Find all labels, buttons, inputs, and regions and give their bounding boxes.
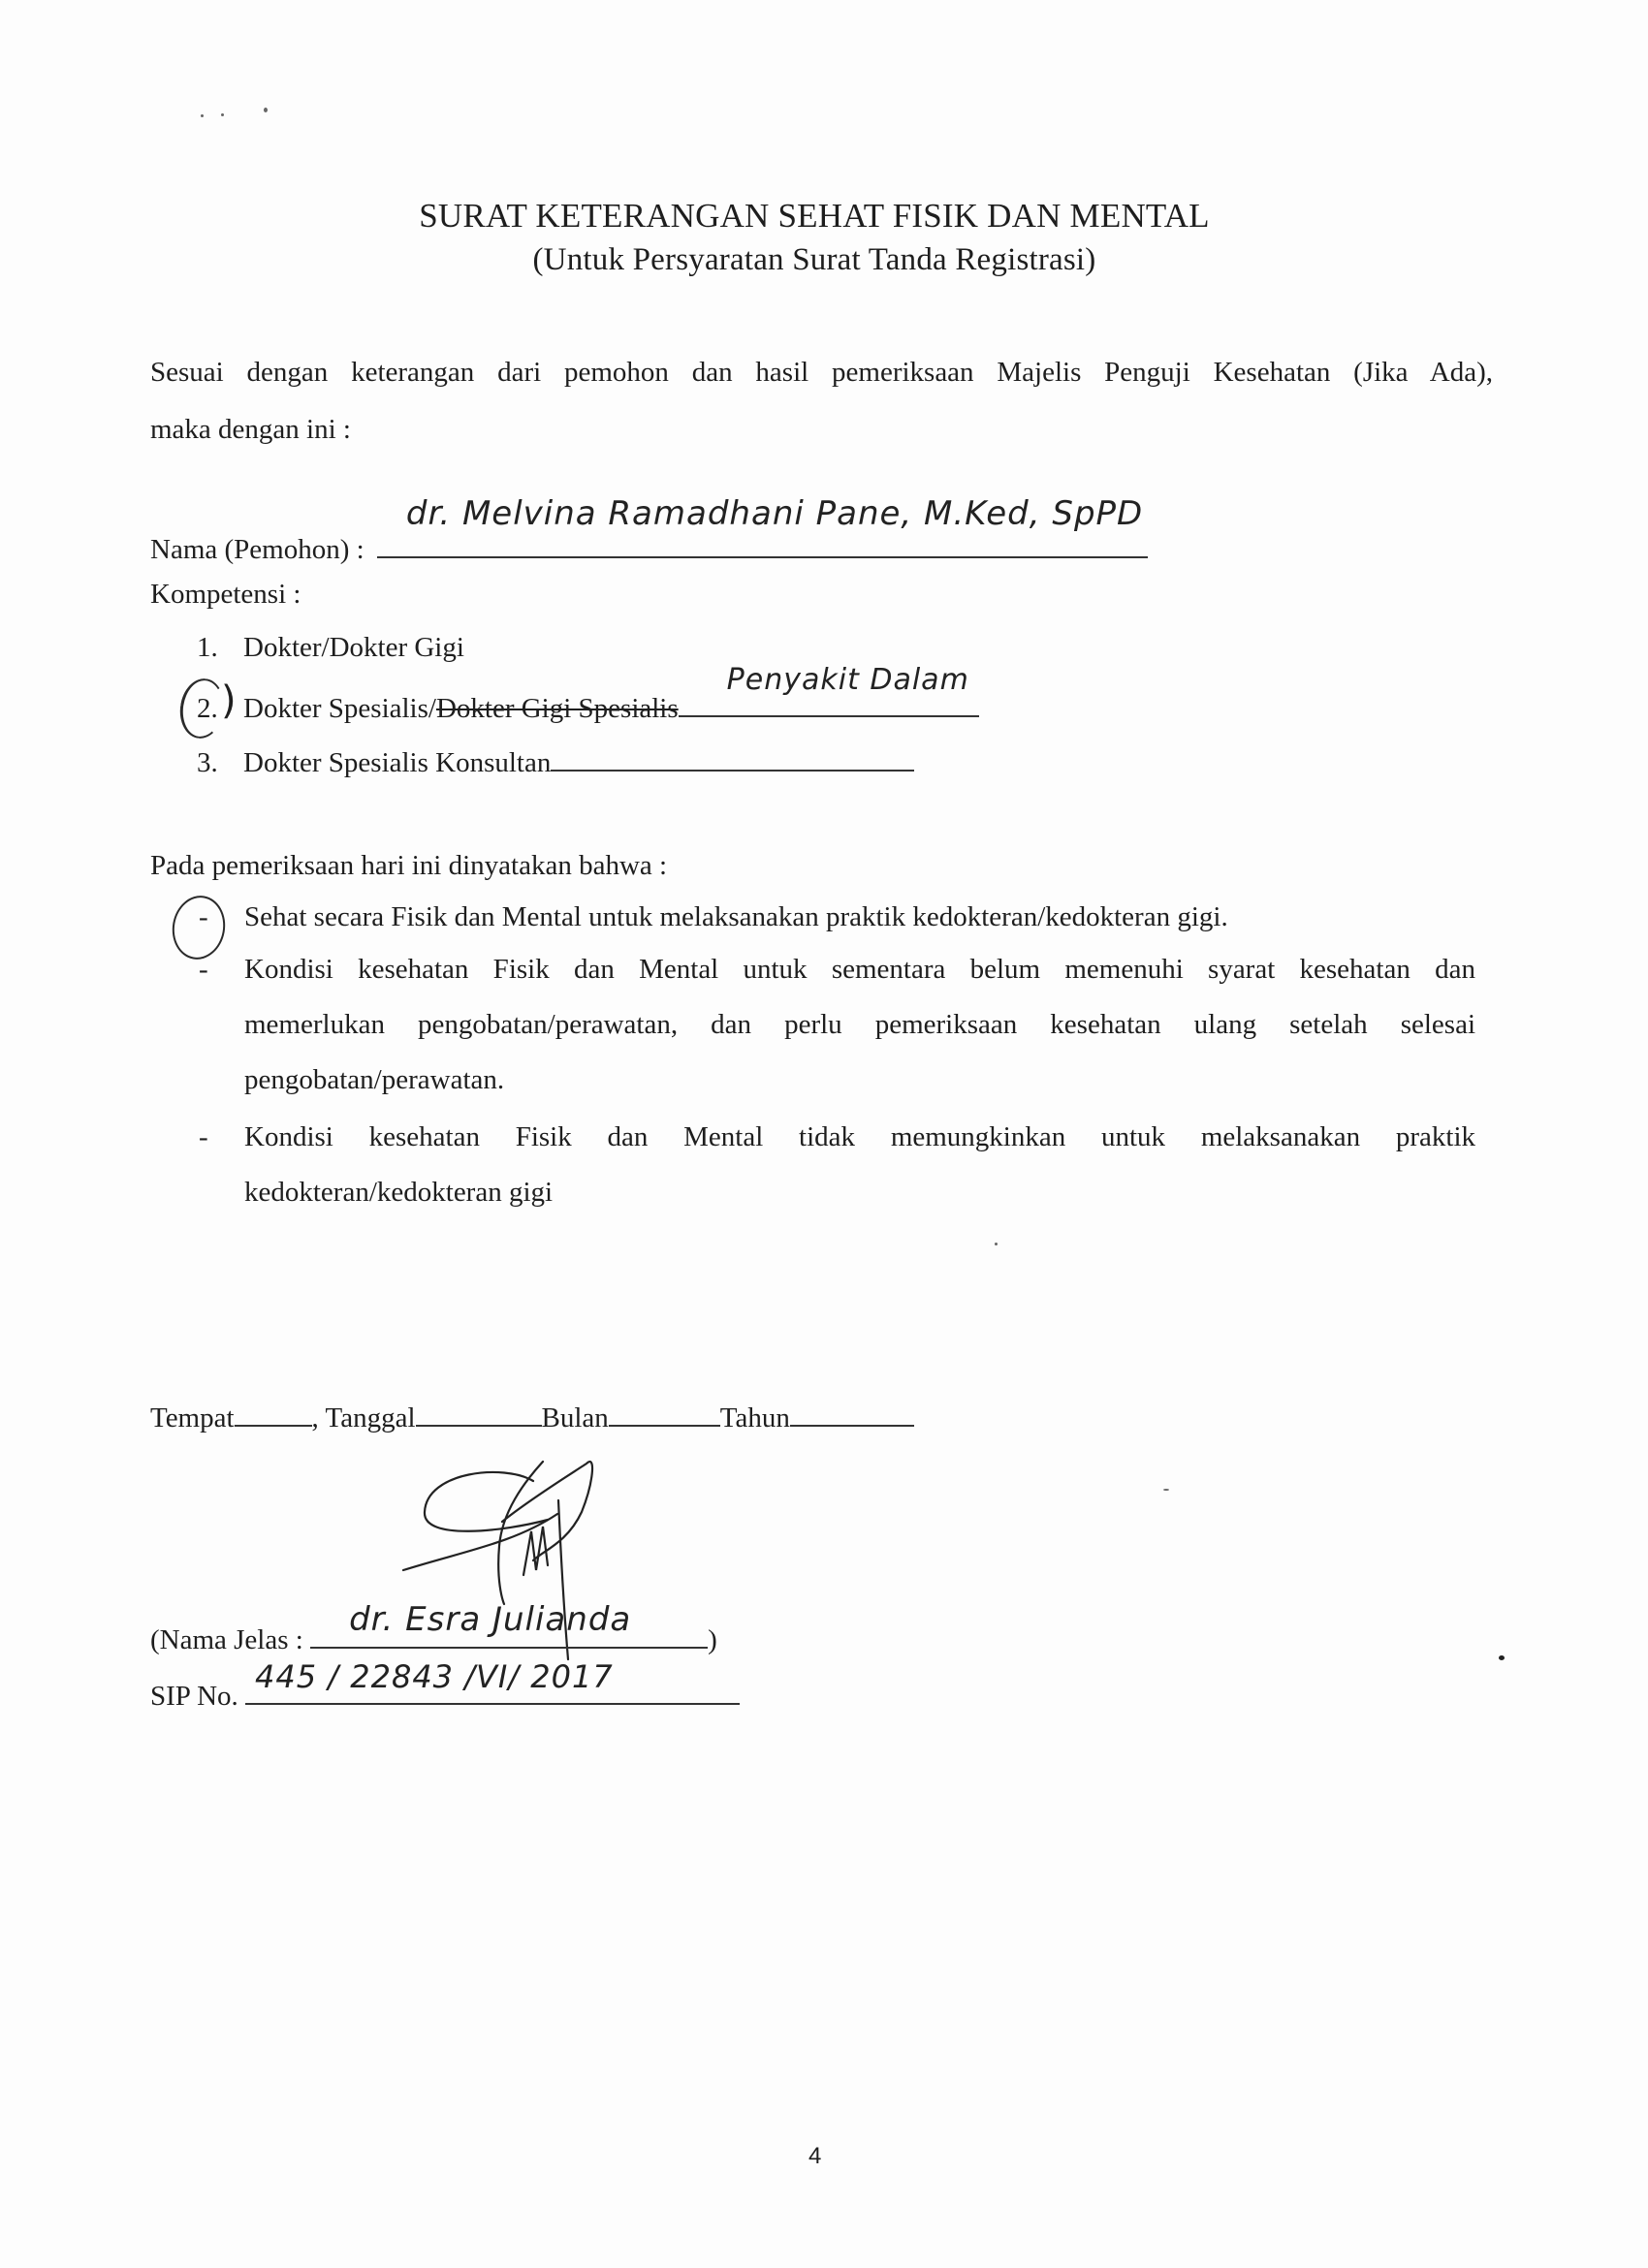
exam-option-3[interactable]: Kondisi kesehatan Fisik dan Mental tidak… bbox=[244, 1121, 1475, 1153]
applicant-label: Nama (Pemohon) : bbox=[150, 534, 364, 565]
place-date-row: Tempat, TanggalBulanTahun bbox=[150, 1398, 914, 1434]
competence-struck-text: Dokter Gigi Spesialis bbox=[436, 693, 679, 724]
intro-text-cont: maka dengan ini : bbox=[150, 414, 351, 446]
exam-option-3-cont: kedokteran/kedokteran gigi bbox=[244, 1177, 553, 1209]
scan-speck bbox=[995, 1243, 998, 1245]
signer-name-label: (Nama Jelas : bbox=[150, 1624, 303, 1655]
exam-label: Pada pemeriksaan hari ini dinyatakan bah… bbox=[150, 850, 667, 882]
exam-option-1-bullet: - bbox=[199, 901, 208, 933]
signer-name-field: (Nama Jelas : dr. Esra Julianda ) bbox=[150, 1618, 717, 1656]
applicant-field: Nama (Pemohon) : dr. Melvina Ramadhani P… bbox=[150, 523, 1148, 566]
competence-item-1[interactable]: 1.Dokter/Dokter Gigi bbox=[197, 632, 464, 664]
competence-text: Dokter/Dokter Gigi bbox=[243, 632, 464, 663]
page-number: 4 bbox=[808, 2143, 821, 2170]
document-title: SURAT KETERANGAN SEHAT FISIK DAN MENTAL bbox=[0, 197, 1629, 236]
specialty-input[interactable]: Penyakit Dalam bbox=[679, 686, 979, 717]
sip-label: SIP No. bbox=[150, 1681, 238, 1712]
place-input[interactable] bbox=[235, 1398, 312, 1427]
month-input[interactable] bbox=[609, 1398, 720, 1427]
sip-field: SIP No. 445 / 22843 /VI/ 2017 bbox=[150, 1674, 740, 1713]
signer-name-close: ) bbox=[708, 1624, 717, 1655]
year-label: Tahun bbox=[720, 1402, 790, 1433]
consultant-input[interactable] bbox=[551, 740, 914, 772]
sip-value: 445 / 22843 /VI/ 2017 bbox=[255, 1658, 614, 1695]
month-label: Bulan bbox=[542, 1402, 609, 1433]
competence-number: 2. bbox=[197, 693, 243, 725]
document-subtitle: (Untuk Persyaratan Surat Tanda Registras… bbox=[0, 242, 1629, 278]
exam-option-2-cont: memerlukan pengobatan/perawatan, dan per… bbox=[244, 1009, 1475, 1041]
year-input[interactable] bbox=[790, 1398, 914, 1427]
signer-name-value: dr. Esra Julianda bbox=[349, 1600, 631, 1639]
applicant-name-value: dr. Melvina Ramadhani Pane, M.Ked, SpPD bbox=[406, 494, 1143, 533]
competence-text: Dokter Spesialis Konsultan bbox=[243, 747, 551, 778]
scan-speck bbox=[221, 113, 224, 116]
scan-speck bbox=[201, 114, 204, 117]
date-input[interactable] bbox=[416, 1398, 542, 1427]
competence-text: Dokter Spesialis/ bbox=[243, 693, 436, 724]
competence-number: 3. bbox=[197, 747, 243, 779]
competence-item-3[interactable]: 3.Dokter Spesialis Konsultan bbox=[197, 740, 914, 779]
applicant-name-input[interactable]: dr. Melvina Ramadhani Pane, M.Ked, SpPD bbox=[377, 523, 1148, 558]
exam-option-3-bullet: - bbox=[199, 1121, 208, 1153]
date-label: , Tanggal bbox=[312, 1402, 416, 1433]
specialty-value: Penyakit Dalam bbox=[727, 663, 969, 697]
scan-speck bbox=[1499, 1655, 1505, 1660]
sip-input[interactable]: 445 / 22843 /VI/ 2017 bbox=[245, 1674, 740, 1705]
intro-text: Sesuai dengan keterangan dari pemohon da… bbox=[150, 357, 1493, 389]
competence-number: 1. bbox=[197, 632, 243, 664]
exam-option-1[interactable]: Sehat secara Fisik dan Mental untuk mela… bbox=[244, 901, 1228, 933]
scan-speck bbox=[1163, 1489, 1169, 1491]
scan-speck bbox=[264, 108, 268, 112]
competence-item-2[interactable]: 2.Dokter Spesialis/Dokter Gigi Spesialis… bbox=[197, 686, 979, 725]
place-label: Tempat bbox=[150, 1402, 235, 1433]
exam-option-2-bullet: - bbox=[199, 954, 208, 986]
exam-option-2[interactable]: Kondisi kesehatan Fisik dan Mental untuk… bbox=[244, 954, 1475, 986]
exam-option-2-cont: pengobatan/perawatan. bbox=[244, 1064, 504, 1096]
competence-label: Kompetensi : bbox=[150, 579, 301, 611]
signer-name-input[interactable]: dr. Esra Julianda bbox=[310, 1618, 708, 1649]
